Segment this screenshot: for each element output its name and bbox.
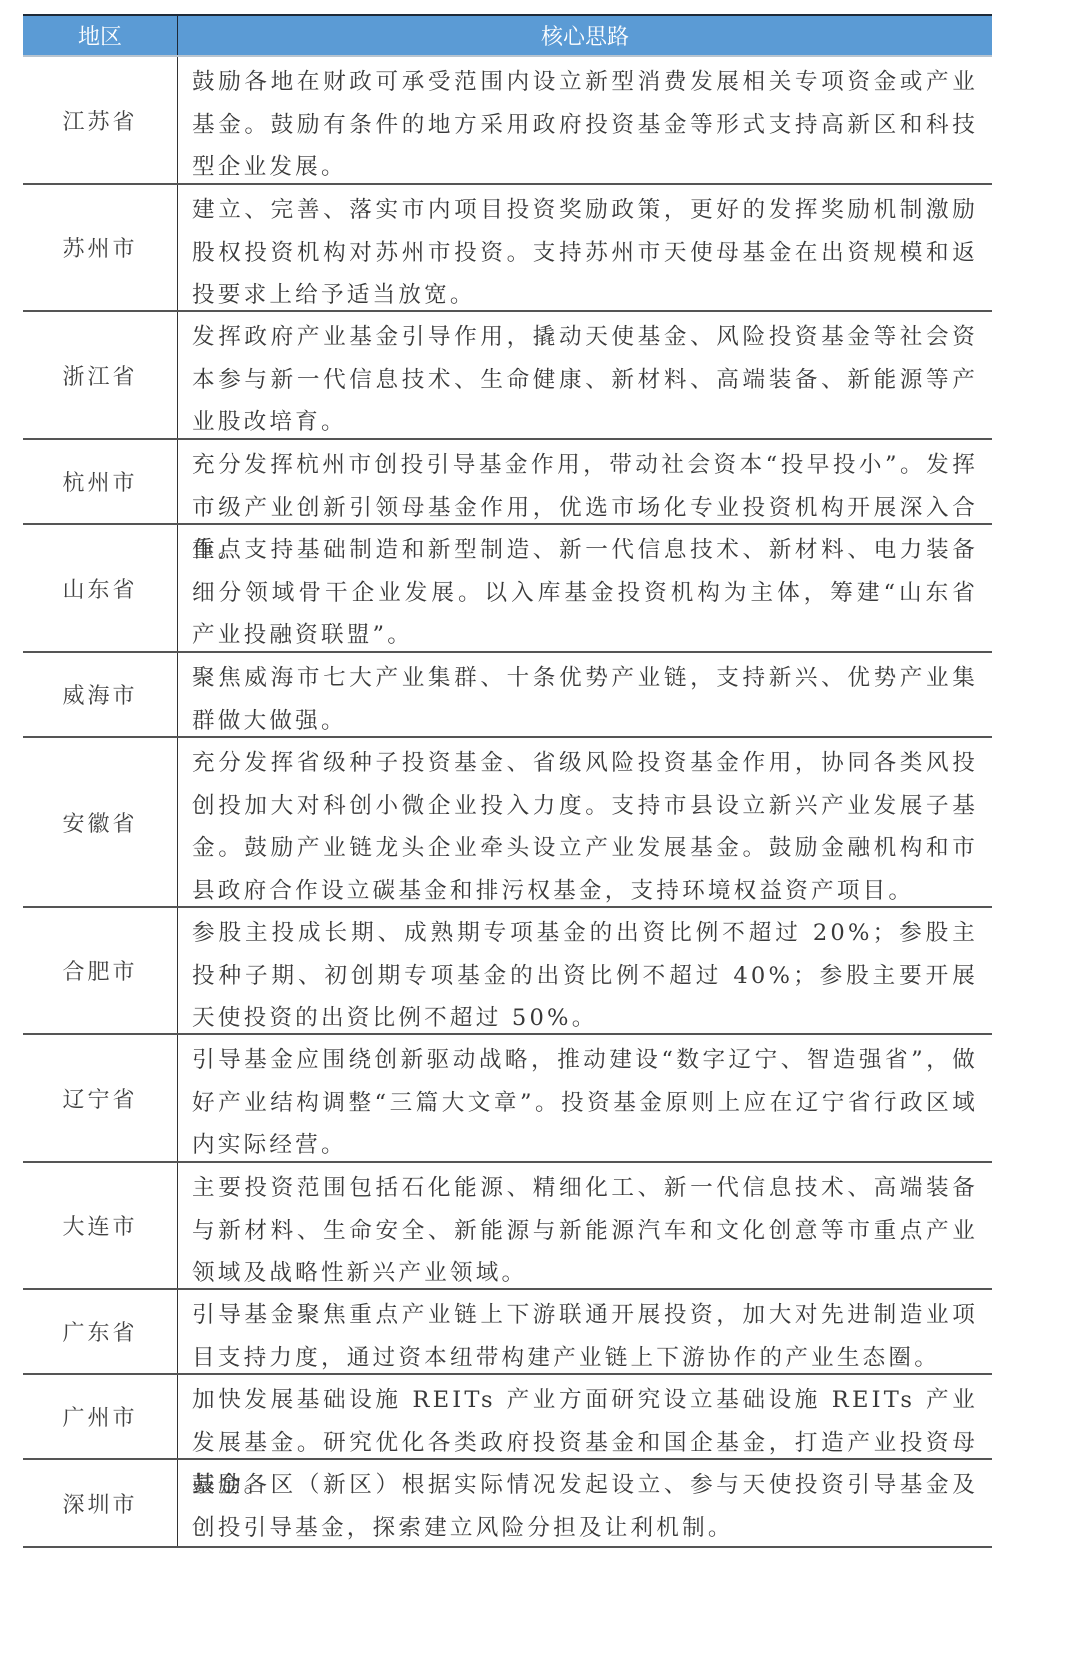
region-cell: 安徽省 — [23, 738, 178, 906]
core-idea-cell: 发挥政府产业基金引导作用，撬动天使基金、风险投资基金等社会资本参与新一代信息技术… — [178, 312, 992, 438]
region-cell: 山东省 — [23, 525, 178, 651]
table-row: 威海市聚焦威海市七大产业集群、十条优势产业链，支持新兴、优势产业集群做大做强。 — [23, 653, 992, 738]
core-idea-cell: 加快发展基础设施 REITs 产业方面研究设立基础设施 REITs 产业发展基金… — [178, 1375, 992, 1458]
table-row: 安徽省充分发挥省级种子投资基金、省级风险投资基金作用，协同各类风投创投加大对科创… — [23, 738, 992, 908]
core-idea-cell: 参股主投成长期、成熟期专项基金的出资比例不超过 20%；参股主投种子期、初创期专… — [178, 908, 992, 1033]
table-row: 合肥市参股主投成长期、成熟期专项基金的出资比例不超过 20%；参股主投种子期、初… — [23, 908, 992, 1035]
policy-table: 地区 核心思路 江苏省鼓励各地在财政可承受范围内设立新型消费发展相关专项资金或产… — [23, 14, 992, 1548]
region-cell: 合肥市 — [23, 908, 178, 1033]
region-cell: 广东省 — [23, 1290, 178, 1373]
region-cell: 杭州市 — [23, 440, 178, 523]
core-idea-cell: 引导基金应围绕创新驱动战略，推动建设“数字辽宁、智造强省”，做好产业结构调整“三… — [178, 1035, 992, 1161]
core-idea-cell: 建立、完善、落实市内项目投资奖励政策，更好的发挥奖励机制激励股权投资机构对苏州市… — [178, 185, 992, 310]
region-cell: 江苏省 — [23, 57, 178, 183]
table-row: 杭州市充分发挥杭州市创投引导基金作用，带动社会资本“投早投小”。发挥市级产业创新… — [23, 440, 992, 525]
region-cell: 威海市 — [23, 653, 178, 736]
region-cell: 广州市 — [23, 1375, 178, 1458]
region-cell: 浙江省 — [23, 312, 178, 438]
table-header: 地区 核心思路 — [23, 14, 992, 57]
table-row: 大连市主要投资范围包括石化能源、精细化工、新一代信息技术、高端装备与新材料、生命… — [23, 1163, 992, 1290]
core-idea-cell: 主要投资范围包括石化能源、精细化工、新一代信息技术、高端装备与新材料、生命安全、… — [178, 1163, 992, 1288]
core-idea-cell: 充分发挥省级种子投资基金、省级风险投资基金作用，协同各类风投创投加大对科创小微企… — [178, 738, 992, 906]
table-row: 辽宁省引导基金应围绕创新驱动战略，推动建设“数字辽宁、智造强省”，做好产业结构调… — [23, 1035, 992, 1163]
region-cell: 辽宁省 — [23, 1035, 178, 1161]
region-cell: 大连市 — [23, 1163, 178, 1288]
table-body: 江苏省鼓励各地在财政可承受范围内设立新型消费发展相关专项资金或产业基金。鼓励有条… — [23, 57, 992, 1548]
table-row: 深圳市鼓励各区（新区）根据实际情况发起设立、参与天使投资引导基金及创投引导基金，… — [23, 1460, 992, 1548]
core-idea-cell: 重点支持基础制造和新型制造、新一代信息技术、新材料、电力装备细分领域骨干企业发展… — [178, 525, 992, 651]
core-idea-cell: 充分发挥杭州市创投引导基金作用，带动社会资本“投早投小”。发挥市级产业创新引领母… — [178, 440, 992, 523]
table-row: 山东省重点支持基础制造和新型制造、新一代信息技术、新材料、电力装备细分领域骨干企… — [23, 525, 992, 653]
header-region: 地区 — [23, 16, 178, 55]
core-idea-cell: 鼓励各区（新区）根据实际情况发起设立、参与天使投资引导基金及创投引导基金，探索建… — [178, 1460, 992, 1546]
region-cell: 苏州市 — [23, 185, 178, 310]
table-row: 苏州市建立、完善、落实市内项目投资奖励政策，更好的发挥奖励机制激励股权投资机构对… — [23, 185, 992, 312]
region-cell: 深圳市 — [23, 1460, 178, 1546]
table-row: 广州市加快发展基础设施 REITs 产业方面研究设立基础设施 REITs 产业发… — [23, 1375, 992, 1460]
table-row: 江苏省鼓励各地在财政可承受范围内设立新型消费发展相关专项资金或产业基金。鼓励有条… — [23, 57, 992, 185]
core-idea-cell: 鼓励各地在财政可承受范围内设立新型消费发展相关专项资金或产业基金。鼓励有条件的地… — [178, 57, 992, 183]
table-row: 广东省引导基金聚焦重点产业链上下游联通开展投资，加大对先进制造业项目支持力度，通… — [23, 1290, 992, 1375]
core-idea-cell: 引导基金聚焦重点产业链上下游联通开展投资，加大对先进制造业项目支持力度，通过资本… — [178, 1290, 992, 1373]
header-core-idea: 核心思路 — [178, 16, 992, 55]
table-row: 浙江省发挥政府产业基金引导作用，撬动天使基金、风险投资基金等社会资本参与新一代信… — [23, 312, 992, 440]
core-idea-cell: 聚焦威海市七大产业集群、十条优势产业链，支持新兴、优势产业集群做大做强。 — [178, 653, 992, 736]
